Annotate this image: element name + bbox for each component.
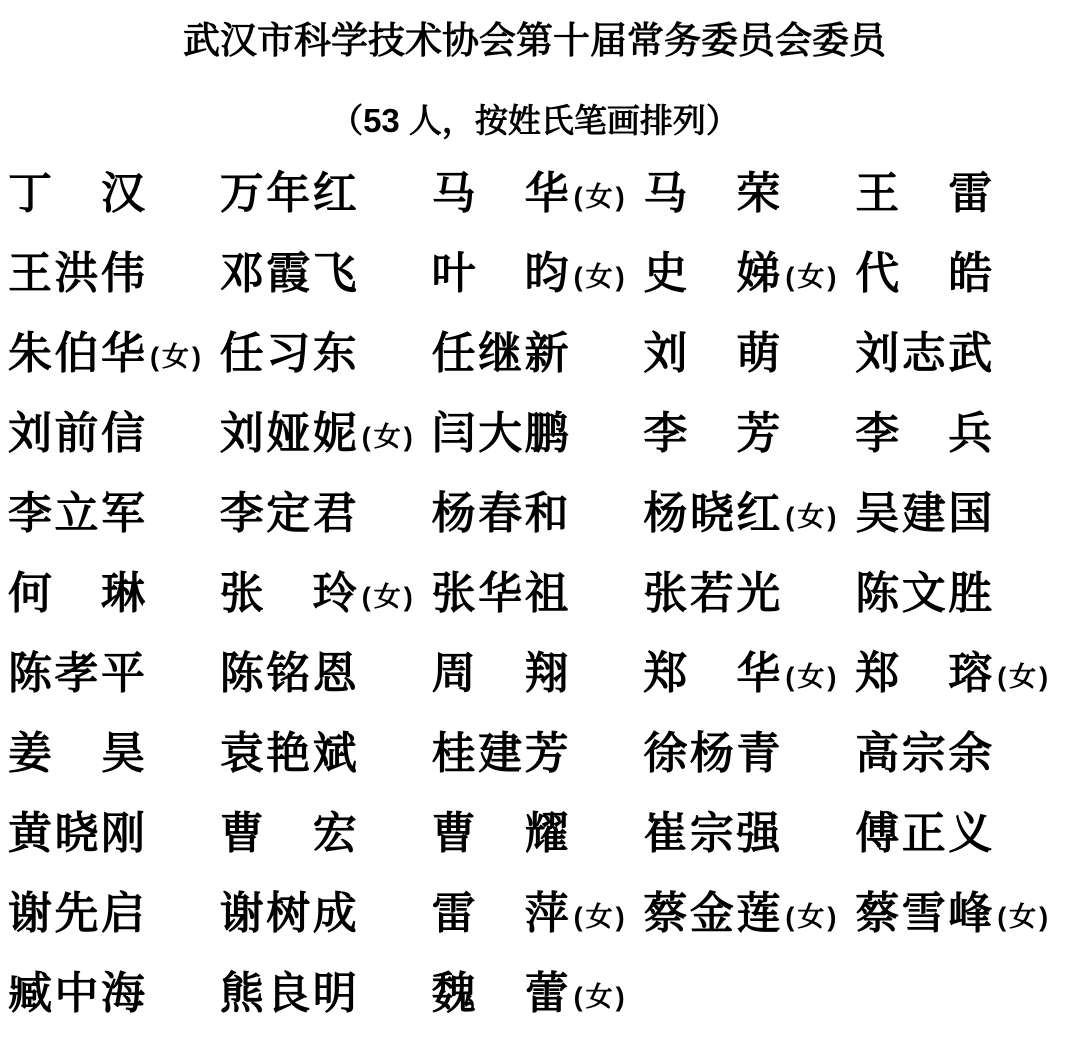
member-cell: 崔宗强 (643, 794, 855, 874)
page-subtitle: （53 人，按姓氏笔画排列） (0, 61, 1069, 139)
member-cell: 马荣 (643, 154, 855, 234)
member-name: 刘志武 (855, 332, 992, 376)
member-name: 曹耀 (432, 812, 569, 856)
member-cell: 袁艳斌 (220, 714, 432, 794)
member-cell: 吴建国 (855, 474, 1067, 554)
member-name: 袁艳斌 (220, 732, 357, 776)
member-name: 李立军 (8, 492, 145, 536)
page-title: 武汉市科学技术协会第十届常务委员会委员 (0, 0, 1069, 61)
member-name: 闫大鹏 (432, 412, 569, 456)
member-cell: 谢先启 (8, 874, 220, 954)
female-marker: (女) (574, 904, 628, 931)
female-marker: (女) (997, 664, 1051, 691)
member-name: 熊良明 (220, 972, 357, 1016)
female-marker: (女) (362, 424, 416, 451)
member-cell: 熊良明 (220, 954, 432, 1034)
member-cell: 蔡雪峰(女) (855, 874, 1067, 954)
member-name: 徐杨青 (643, 732, 780, 776)
member-cell: 桂建芳 (432, 714, 644, 794)
member-name: 何琳 (8, 572, 145, 616)
member-cell: 王洪伟 (8, 234, 220, 314)
member-cell: 丁汉 (8, 154, 220, 234)
female-marker: (女) (574, 984, 628, 1011)
member-name: 郑华 (643, 652, 780, 696)
member-name: 任继新 (432, 332, 569, 376)
member-name: 雷萍 (432, 892, 569, 936)
member-cell: 万年红 (220, 154, 432, 234)
member-name: 陈孝平 (8, 652, 145, 696)
member-name: 邓霞飞 (220, 252, 357, 296)
member-name: 魏蕾 (432, 972, 569, 1016)
member-name: 任习东 (220, 332, 357, 376)
member-cell: 徐杨青 (643, 714, 855, 794)
member-name: 谢先启 (8, 892, 145, 936)
member-name: 谢树成 (220, 892, 357, 936)
member-name: 张华祖 (432, 572, 569, 616)
member-name: 王雷 (855, 172, 992, 216)
member-cell: 张若光 (643, 554, 855, 634)
member-cell: 陈文胜 (855, 554, 1067, 634)
female-marker: (女) (574, 264, 628, 291)
member-cell: 李兵 (855, 394, 1067, 474)
member-cell: 曹宏 (220, 794, 432, 874)
member-cell: 郑华(女) (643, 634, 855, 714)
member-name: 马荣 (643, 172, 780, 216)
member-cell: 史娣(女) (643, 234, 855, 314)
member-cell: 刘志武 (855, 314, 1067, 394)
member-name: 高宗余 (855, 732, 992, 776)
member-name: 丁汉 (8, 172, 145, 216)
member-name: 傅正义 (855, 812, 992, 856)
member-cell: 姜昊 (8, 714, 220, 794)
member-cell: 谢树成 (220, 874, 432, 954)
member-name: 王洪伟 (8, 252, 145, 296)
female-marker: (女) (997, 904, 1051, 931)
member-cell: 杨晓红(女) (643, 474, 855, 554)
member-name: 万年红 (220, 172, 357, 216)
member-name: 李芳 (643, 412, 780, 456)
member-name: 蔡金莲 (643, 892, 780, 936)
member-cell: 黄晓刚 (8, 794, 220, 874)
member-cell: 刘萌 (643, 314, 855, 394)
member-cell: 任习东 (220, 314, 432, 394)
member-name: 吴建国 (855, 492, 992, 536)
member-cell: 高宗余 (855, 714, 1067, 794)
member-cell: 闫大鹏 (432, 394, 644, 474)
member-name: 陈铭恩 (220, 652, 357, 696)
member-name: 郑瑢 (855, 652, 992, 696)
member-name: 代皓 (855, 252, 992, 296)
female-marker: (女) (574, 184, 628, 211)
member-cell: 魏蕾(女) (432, 954, 644, 1034)
female-marker: (女) (362, 584, 416, 611)
member-cell: 刘娅妮(女) (220, 394, 432, 474)
member-cell: 雷萍(女) (432, 874, 644, 954)
member-cell: 臧中海 (8, 954, 220, 1034)
member-name: 姜昊 (8, 732, 145, 776)
member-name: 陈文胜 (855, 572, 992, 616)
member-name: 臧中海 (8, 972, 145, 1016)
member-name: 史娣 (643, 252, 780, 296)
member-cell: 陈孝平 (8, 634, 220, 714)
member-name: 李兵 (855, 412, 992, 456)
member-cell: 马华(女) (432, 154, 644, 234)
member-name: 刘前信 (8, 412, 145, 456)
member-cell: 李芳 (643, 394, 855, 474)
member-cell: 曹耀 (432, 794, 644, 874)
member-name: 杨晓红 (643, 492, 780, 536)
member-cell: 刘前信 (8, 394, 220, 474)
member-cell: 傅正义 (855, 794, 1067, 874)
member-grid: 丁汉万年红马华(女)马荣王雷王洪伟邓霞飞叶昀(女)史娣(女)代皓朱伯华(女)任习… (0, 154, 1069, 1034)
female-marker: (女) (785, 504, 839, 531)
member-name: 刘娅妮 (220, 412, 357, 456)
member-cell: 李定君 (220, 474, 432, 554)
female-marker: (女) (150, 344, 204, 371)
member-cell: 李立军 (8, 474, 220, 554)
member-cell: 叶昀(女) (432, 234, 644, 314)
member-cell: 郑瑢(女) (855, 634, 1067, 714)
member-cell: 邓霞飞 (220, 234, 432, 314)
member-name: 马华 (432, 172, 569, 216)
member-name: 崔宗强 (643, 812, 780, 856)
member-cell: 陈铭恩 (220, 634, 432, 714)
female-marker: (女) (785, 904, 839, 931)
member-name: 张若光 (643, 572, 780, 616)
member-name: 朱伯华 (8, 332, 145, 376)
female-marker: (女) (785, 664, 839, 691)
member-name: 叶昀 (432, 252, 569, 296)
member-name: 周翔 (432, 652, 569, 696)
member-name: 李定君 (220, 492, 357, 536)
member-cell: 张华祖 (432, 554, 644, 634)
member-cell: 蔡金莲(女) (643, 874, 855, 954)
member-cell: 王雷 (855, 154, 1067, 234)
member-name: 桂建芳 (432, 732, 569, 776)
member-cell: 朱伯华(女) (8, 314, 220, 394)
member-name: 刘萌 (643, 332, 780, 376)
member-name: 黄晓刚 (8, 812, 145, 856)
member-name: 蔡雪峰 (855, 892, 992, 936)
member-cell: 张玲(女) (220, 554, 432, 634)
member-cell: 杨春和 (432, 474, 644, 554)
member-name: 杨春和 (432, 492, 569, 536)
member-name: 曹宏 (220, 812, 357, 856)
document-page: 武汉市科学技术协会第十届常务委员会委员 （53 人，按姓氏笔画排列） 丁汉万年红… (0, 0, 1069, 1040)
female-marker: (女) (785, 264, 839, 291)
member-cell: 周翔 (432, 634, 644, 714)
member-cell: 何琳 (8, 554, 220, 634)
member-name: 张玲 (220, 572, 357, 616)
member-cell: 任继新 (432, 314, 644, 394)
member-cell: 代皓 (855, 234, 1067, 314)
